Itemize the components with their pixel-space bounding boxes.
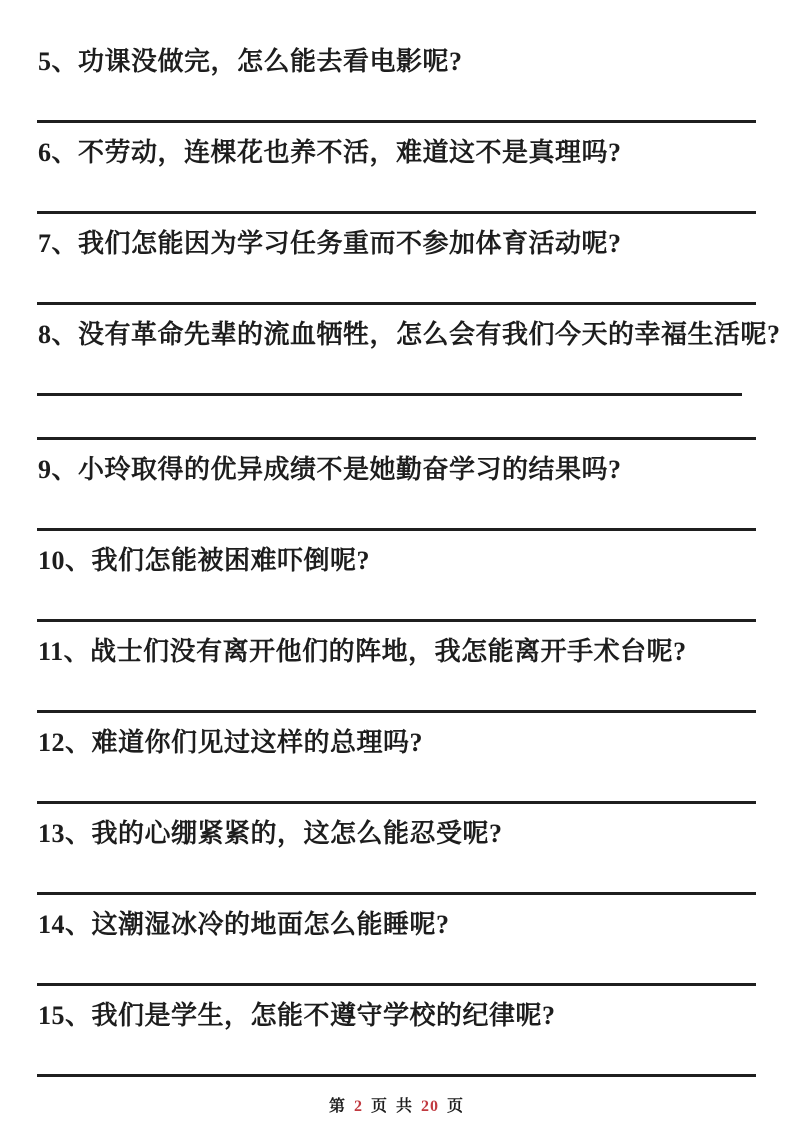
answer-line [37, 528, 756, 531]
question-item: 8、没有革命先辈的流血牺牲，怎么会有我们今天的幸福生活呢? [0, 320, 793, 440]
question-item: 15、我们是学生，怎能不遵守学校的纪律呢? [0, 1001, 793, 1077]
answer-line [37, 619, 756, 622]
answer-line [37, 393, 742, 396]
question-text: 5、功课没做完，怎么能去看电影呢? [38, 47, 757, 77]
question-list: 5、功课没做完，怎么能去看电影呢? 6、不劳动，连棵花也养不活，难道这不是真理吗… [0, 47, 793, 1077]
question-text: 8、没有革命先辈的流血牺牲，怎么会有我们今天的幸福生活呢? [38, 320, 757, 350]
question-text: 13、我的心绷紧紧的，这怎么能忍受呢? [38, 819, 757, 849]
answer-line [37, 302, 756, 305]
page-footer: 第2页共20页 [0, 1093, 793, 1116]
answer-line [37, 437, 756, 440]
question-text: 14、这潮湿冰冷的地面怎么能睡呢? [38, 910, 757, 940]
question-text: 7、我们怎能因为学习任务重而不参加体育活动呢? [38, 229, 757, 259]
footer-label-di: 第 [329, 1098, 346, 1115]
question-item: 11、战士们没有离开他们的阵地，我怎能离开手术台呢? [0, 637, 793, 713]
footer-current-page-number: 2 [354, 1098, 363, 1115]
question-item: 10、我们怎能被困难吓倒呢? [0, 546, 793, 622]
worksheet-page: 5、功课没做完，怎么能去看电影呢? 6、不劳动，连棵花也养不活，难道这不是真理吗… [0, 0, 793, 1122]
footer-label-ye-2: 页 [447, 1098, 464, 1115]
question-text: 6、不劳动，连棵花也养不活，难道这不是真理吗? [38, 138, 757, 168]
question-item: 13、我的心绷紧紧的，这怎么能忍受呢? [0, 819, 793, 895]
question-item: 5、功课没做完，怎么能去看电影呢? [0, 47, 793, 123]
question-text: 9、小玲取得的优异成绩不是她勤奋学习的结果吗? [38, 455, 757, 485]
answer-line [37, 892, 756, 895]
answer-line [37, 710, 756, 713]
answer-line [37, 211, 756, 214]
question-item: 14、这潮湿冰冷的地面怎么能睡呢? [0, 910, 793, 986]
answer-line [37, 983, 756, 986]
footer-label-ye-1: 页 [371, 1098, 388, 1115]
question-item: 9、小玲取得的优异成绩不是她勤奋学习的结果吗? [0, 455, 793, 531]
question-text: 10、我们怎能被困难吓倒呢? [38, 546, 757, 576]
question-item: 12、难道你们见过这样的总理吗? [0, 728, 793, 804]
footer-total-pages-number: 20 [421, 1098, 439, 1115]
footer-label-gong: 共 [396, 1098, 413, 1115]
question-text: 15、我们是学生，怎能不遵守学校的纪律呢? [38, 1001, 757, 1031]
answer-line [37, 801, 756, 804]
answer-line [37, 1074, 756, 1077]
question-text: 11、战士们没有离开他们的阵地，我怎能离开手术台呢? [38, 637, 757, 667]
question-item: 7、我们怎能因为学习任务重而不参加体育活动呢? [0, 229, 793, 305]
question-item: 6、不劳动，连棵花也养不活，难道这不是真理吗? [0, 138, 793, 214]
question-text: 12、难道你们见过这样的总理吗? [38, 728, 757, 758]
answer-line [37, 120, 756, 123]
